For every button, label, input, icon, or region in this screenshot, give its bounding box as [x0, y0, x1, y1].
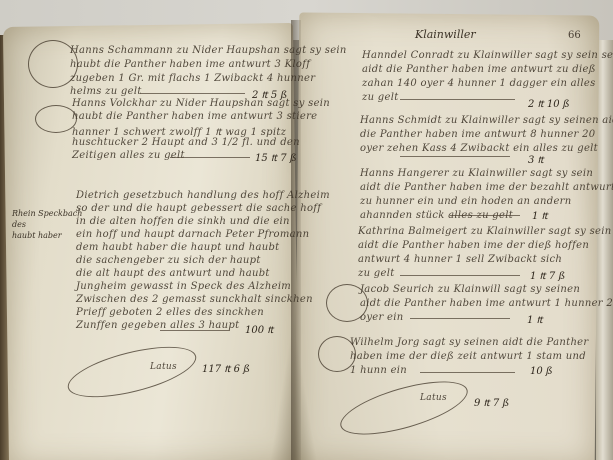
entry-line: zugeben 1 Gr. mit flachs 1 Zwibackt 4 hu… [70, 73, 315, 84]
entry-amount: 1 ₶ [527, 312, 543, 326]
entry-line: Zeitigen alles zu gelt [72, 150, 185, 161]
rule-line [400, 156, 510, 157]
entry-amount: 2 ₶ 10 ß [528, 96, 570, 110]
margin-note: Rhein Speckbach des haubt haber [12, 208, 82, 241]
margin-note-line: Rhein Speckbach [12, 208, 82, 219]
total-amount: 117 ₶ 6 ß [202, 361, 250, 375]
entry-line: Hanndel Conradt zu Klainwiller sagt sy s… [362, 50, 613, 61]
page-stack-edge [596, 40, 613, 460]
entry-line: oyer zehen Kass 4 Zwibackt ein alles zu … [360, 143, 598, 154]
entry-line: aidt die Panther haben ime der bezahlt a… [360, 182, 613, 193]
rule-line [400, 275, 520, 276]
total-label: Latus [420, 393, 447, 403]
entry-line: die Panther haben ime antwurt 8 hunner 2… [360, 129, 595, 140]
entry-line: zu hunner ein und ein hoden an andern [360, 196, 571, 207]
entry-line: helms zu gelt [70, 86, 142, 97]
entry-line: Hanns Hangerer zu Klainwiller sagt sy se… [360, 168, 593, 179]
entry-line: haben ime der dieß zeit antwurt 1 stam u… [350, 351, 586, 362]
entry-line: antwurt 4 hunner 1 sell Zwibackt sich [358, 254, 562, 265]
entry-line: Zwischen des 2 gemasst sunckhalt sinckhe… [76, 294, 313, 305]
entry-line: Hanns Schammann zu Nider Haupshan sagt s… [70, 45, 347, 56]
margin-note-line: des [12, 219, 82, 230]
rule-line [450, 215, 520, 216]
entry-amount: 1 ₶ 7 ß [530, 268, 565, 282]
total-label: Latus [150, 362, 177, 372]
entry-line: die sachengeber zu sich der haupt [76, 255, 261, 266]
entry-line: Jungheim gewasst in Speck des Alzheim [76, 281, 291, 292]
entry-line: haubt die Panther haben ime antwurt 3 st… [72, 111, 317, 122]
entry-line: ein hoff und haupt darnach Peter Pfroman… [76, 229, 309, 240]
entry-line: aidt die Panther haben ime der dieß hoff… [358, 240, 589, 251]
entry-line: zu gelt [358, 268, 395, 279]
entry-line: so der und die haupt gebessert die sache… [76, 203, 321, 214]
rule-line [410, 318, 510, 319]
rule-line [420, 372, 515, 373]
total-amount: 9 ₶ 7 ß [474, 395, 509, 409]
margin-note-line: haubt haber [12, 230, 82, 241]
entry-line: dem haubt haber die haupt und haubt [76, 242, 279, 253]
entry-line: Jacob Seurich zu Klainwill sagt sy seine… [360, 284, 580, 295]
entry-line: die alt haupt des antwurt und haubt [76, 268, 270, 279]
entry-amount: 100 ₶ [245, 322, 273, 336]
page-number: 66 [568, 30, 581, 41]
entry-amount: 3 ₶ [528, 152, 544, 166]
book-gutter [291, 20, 301, 460]
entry-line: Wilhelm Jorg sagt sy seinen aidt die Pan… [350, 337, 588, 348]
rule-line [400, 99, 515, 100]
entry-line: zu gelt [362, 92, 399, 103]
entry-line: aidt die Panther haben ime antwurt 1 hun… [360, 298, 613, 309]
entry-amount: 10 ß [530, 366, 553, 377]
rule-line [160, 330, 230, 331]
entry-line: zahan 140 oyer 4 hunner 1 dagger ein all… [362, 78, 596, 89]
rule-line [170, 157, 250, 158]
ledger-photo: Hanns Schammann zu Nider Haupshan sagt s… [0, 0, 613, 460]
entry-line: Dietrich gesetzbuch handlung des hoff Al… [76, 190, 330, 201]
entry-line: Prieff geboten 2 elles des sinckhen [76, 307, 264, 318]
entry-line: huschtucker 2 Haupt and 3 1/2 fl. und de… [72, 137, 300, 148]
entry-line: oyer ein [360, 312, 404, 323]
entry-line: 1 hunn ein [350, 365, 407, 376]
entry-line: in die alten hoffen die sinkh und die ei… [76, 216, 290, 227]
page-header: Klainwiller [415, 28, 476, 41]
entry-line: hanner 1 schwert zwolff 1 ₶ wag 1 spitz [72, 124, 286, 138]
capital-flourish [35, 105, 77, 133]
entry-line: Hanns Volckhar zu Nider Haupshan sagt sy… [72, 98, 330, 109]
entry-amount: 15 ₶ 7 ß [255, 150, 297, 164]
entry-line: aidt die Panther haben ime antwurt zu di… [362, 64, 596, 75]
entry-amount: 1 ₶ [532, 208, 548, 222]
entry-line: Kathrina Balmeigert zu Klainwiller sagt … [358, 226, 611, 237]
rule-line [140, 93, 245, 94]
entry-line: Hanns Schmidt zu Klainwiller sagt sy sei… [360, 115, 613, 126]
entry-line: haubt die Panther haben ime antwurt 3 Kl… [70, 59, 310, 70]
